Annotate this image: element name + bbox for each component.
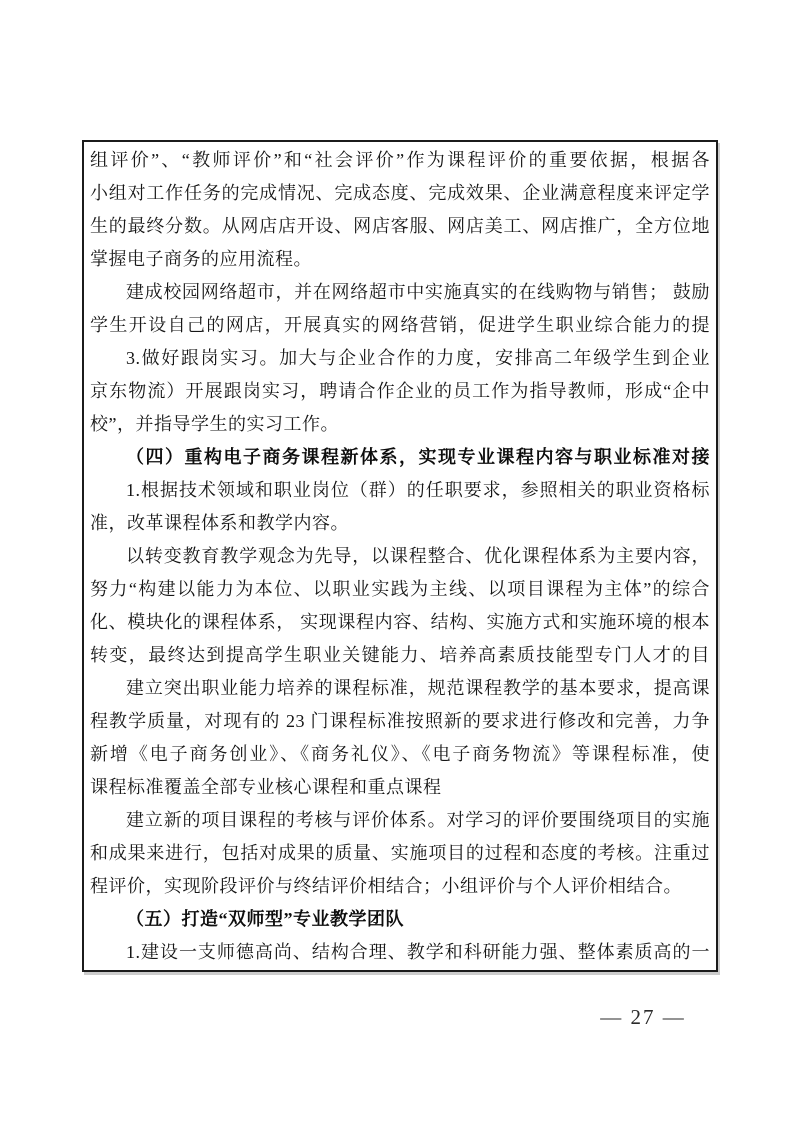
body-text-line: 化、模块化的课程体系， 实现课程内容、结构、实施方式和实施环境的根本	[90, 606, 710, 639]
body-text-line: 建立新的项目课程的考核与评价体系。对学习的评价要围绕项目的实施	[90, 804, 710, 837]
body-text-line: 以转变教育教学观念为先导，以课程整合、优化课程体系为主要内容，	[90, 540, 710, 573]
body-text-line: 3.做好跟岗实习。加大与企业合作的力度，安排高二年级学生到企业（如	[90, 342, 710, 375]
body-text-line: 程评价，实现阶段评价与终结评价相结合；小组评价与个人评价相结合。	[90, 870, 710, 903]
body-text-line: 掌握电子商务的应用流程。	[90, 243, 710, 276]
body-text-line: 组评价”、“教师评价”和“社会评价”作为课程评价的重要依据，根据各	[90, 144, 710, 177]
page-number: — 27 —	[553, 1002, 733, 1032]
body-text-line: 生的最终分数。从网店店开设、网店客服、网店美工、网店推广，全方位地	[90, 210, 710, 243]
body-text-line: 学生开设自己的网店，开展真实的网络营销，促进学生职业综合能力的提升。	[90, 309, 710, 342]
body-text-line: 小组对工作任务的完成情况、完成态度、完成效果、企业满意程度来评定学	[90, 177, 710, 210]
body-text-line: 建成校园网络超市，并在网络超市中实施真实的在线购物与销售； 鼓励	[90, 276, 710, 309]
body-text-line: 校”，并指导学生的实习工作。	[90, 408, 710, 441]
body-text-line: 转变，最终达到提高学生职业关键能力、培养高素质技能型专门人才的目的。	[90, 639, 710, 672]
body-text-line: 努力“构建以能力为本位、以职业实践为主线、以项目课程为主体”的综合	[90, 573, 710, 606]
body-text-line: 课程标准覆盖全部专业核心课程和重点课程	[90, 771, 710, 804]
body-text-line: 和成果来进行，包括对成果的质量、实施项目的过程和态度的考核。注重过	[90, 837, 710, 870]
body-text-line: 准，改革课程体系和教学内容。	[90, 507, 710, 540]
document-body: 组评价”、“教师评价”和“社会评价”作为课程评价的重要依据，根据各小组对工作任务…	[82, 140, 718, 972]
section-heading-line: （四）重构电子商务课程新体系，实现专业课程内容与职业标准对接	[90, 441, 710, 474]
document-page: 组评价”、“教师评价”和“社会评价”作为课程评价的重要依据，根据各小组对工作任务…	[0, 0, 793, 1122]
body-text-line: 建立突出职业能力培养的课程标准，规范课程教学的基本要求，提高课	[90, 672, 710, 705]
body-text-line: 程教学质量，对现有的 23 门课程标准按照新的要求进行修改和完善，力争	[90, 705, 710, 738]
body-text-line: 新增《电子商务创业》、《商务礼仪》、《电子商务物流》等课程标准，使	[90, 738, 710, 771]
section-heading-line: （五）打造“双师型”专业教学团队	[90, 903, 710, 936]
body-text-line: 京东物流）开展跟岗实习，聘请合作企业的员工作为指导教师，形成“企中	[90, 375, 710, 408]
body-text-line: 1.根据技术领域和职业岗位（群）的任职要求，参照相关的职业资格标	[90, 474, 710, 507]
body-text-line: 1.建设一支师德高尚、结构合理、教学和科研能力强、整体素质高的一	[90, 936, 710, 969]
